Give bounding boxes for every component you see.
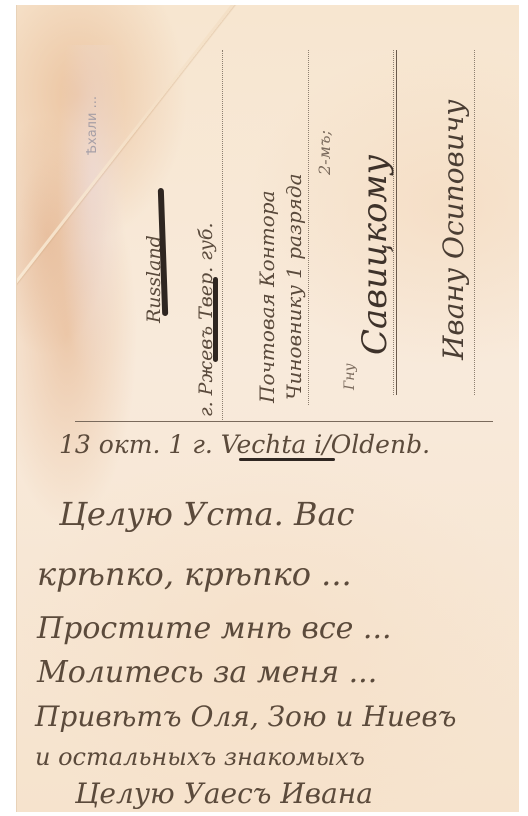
message-line: крѣпко, крѣпко ... [37, 555, 352, 593]
section-divider [75, 421, 493, 422]
message-line-date: 13 окт. 1 г. Vechta i/Oldenb. [59, 430, 430, 459]
vechta-underline [239, 458, 335, 461]
message-line: Привѣтъ Оля, Зою и Ниевъ [35, 700, 456, 733]
address-dotted-line-4 [474, 50, 475, 395]
message-line: и остальныхъ знакомыхъ [35, 743, 365, 771]
address-dotted-line-2 [308, 50, 309, 405]
address-rank-line-1: Чиновнику 1 разряда [282, 173, 306, 400]
message-line-signature: Целую Уаесъ Ивана [75, 777, 373, 810]
address-rank-line-2: 2-мъ; [315, 130, 334, 175]
address-surname: Савицкому [355, 155, 395, 355]
city-underline [213, 277, 218, 362]
address-given-names: Ивану Осиповичу [437, 99, 470, 360]
address-dotted-line-1 [222, 50, 223, 420]
postcard: Ѣхали ... Russland г. Ржевъ Твер. губ. П… [16, 5, 519, 812]
address-office: Почтовая Контора [255, 190, 279, 403]
message-line: Целую Уста. Вас [59, 495, 354, 533]
message-line: Простите мнѣ все ... [37, 611, 392, 646]
fold-crease [16, 5, 257, 307]
message-line: Молитесь за меня ... [37, 655, 377, 690]
address-honorific: Гну [342, 363, 358, 390]
address-solid-line [396, 50, 397, 395]
pencil-margin-note: Ѣхали ... [85, 96, 100, 155]
